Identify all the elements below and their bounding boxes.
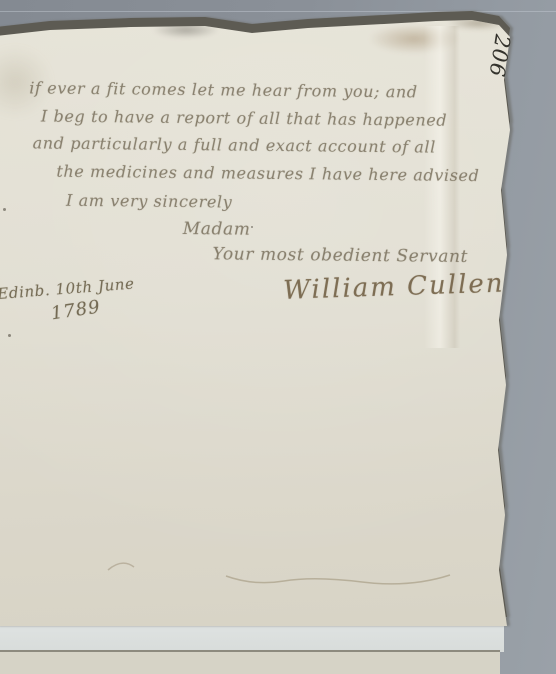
bottom-sheet-edge	[0, 650, 500, 674]
letter-page: if ever a fit comes let me hear from you…	[0, 18, 516, 626]
signature: William Cullen	[283, 269, 505, 306]
manuscript-scan: if ever a fit comes let me hear from you…	[0, 0, 556, 674]
dateline-place: Edinb. 10th June	[0, 274, 135, 302]
dateline-year: 1789	[50, 296, 102, 324]
letter-body: if ever a fit comes let me hear from you…	[0, 18, 516, 631]
letter-valediction: Your most obedient Servant	[212, 244, 468, 267]
letter-salutation: Madam	[183, 219, 251, 240]
letter-line-3: and particularly a full and exact accoun…	[33, 133, 436, 156]
letter-line-2: I beg to have a report of all that has h…	[41, 106, 447, 129]
letter-line-4: the medicines and measures I have here a…	[56, 162, 479, 185]
paper-sheet: if ever a fit comes let me hear from you…	[0, 18, 516, 626]
letter-line-1: if ever a fit comes let me hear from you…	[29, 78, 418, 101]
letter-closing: I am very sincerely	[66, 191, 232, 212]
backing-board-seam	[0, 11, 556, 12]
